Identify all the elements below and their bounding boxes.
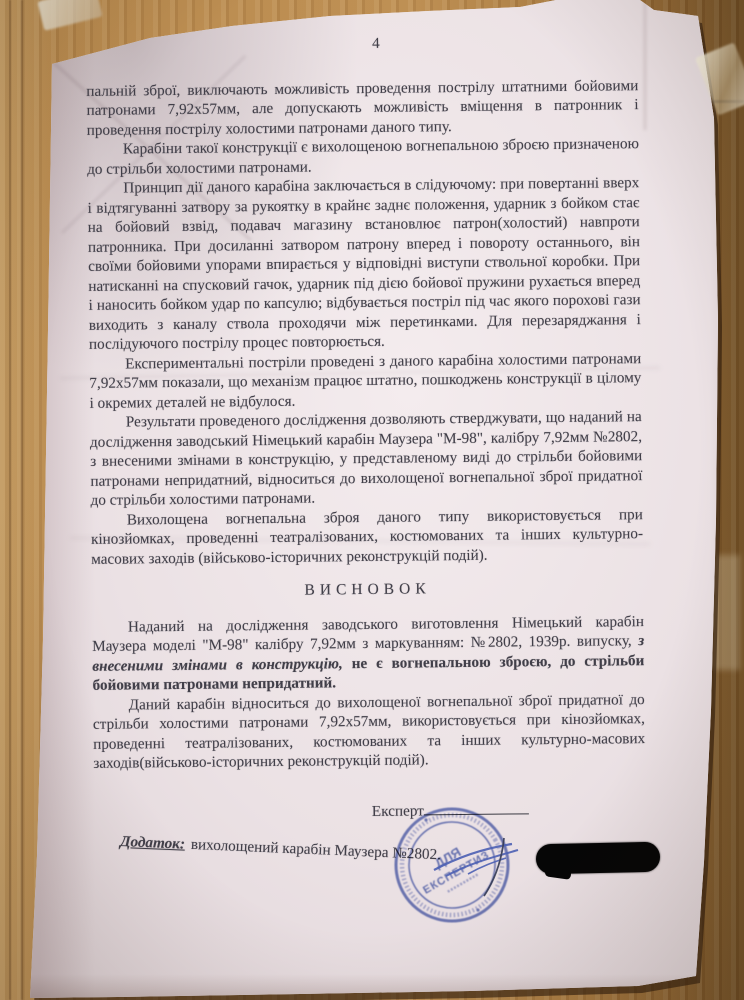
conclusion-paragraph: Наданий на дослідження заводського вигот…: [92, 612, 645, 696]
expert-signature-row: Експерт: [94, 798, 646, 826]
document-content: 4 пальній зброї, виключають можливість п…: [86, 31, 646, 850]
conclusion-final-paragraph: Даний карабін відноситься до вихолощеної…: [93, 690, 646, 774]
body-paragraph: Карабіни такої конструкції є вихолощеною…: [87, 134, 639, 179]
addendum-label: Додаток:: [120, 832, 186, 852]
paper-crease: [644, 2, 646, 130]
conclusion-heading: ВИСНОВОК: [91, 577, 643, 602]
body-paragraph: пальній зброї, виключають можливість про…: [86, 76, 639, 140]
wood-plank-groove: [9, 0, 11, 1000]
body-paragraph: Принцип дії даного карабіна заключається…: [87, 173, 641, 354]
photo-canvas: 4 пальній зброї, виключають можливість п…: [0, 0, 744, 1000]
body-paragraph: Експериментальні постріли проведені з да…: [89, 349, 642, 413]
wood-plank-groove: [21, 0, 23, 1000]
body-paragraph: Вихолощена вогнепальна зброя даного типу…: [91, 505, 644, 569]
body-paragraph: Результати проведеного дослідження дозво…: [90, 407, 643, 510]
conclusion-lead: Наданий на дослідження заводського вигот…: [92, 613, 644, 655]
